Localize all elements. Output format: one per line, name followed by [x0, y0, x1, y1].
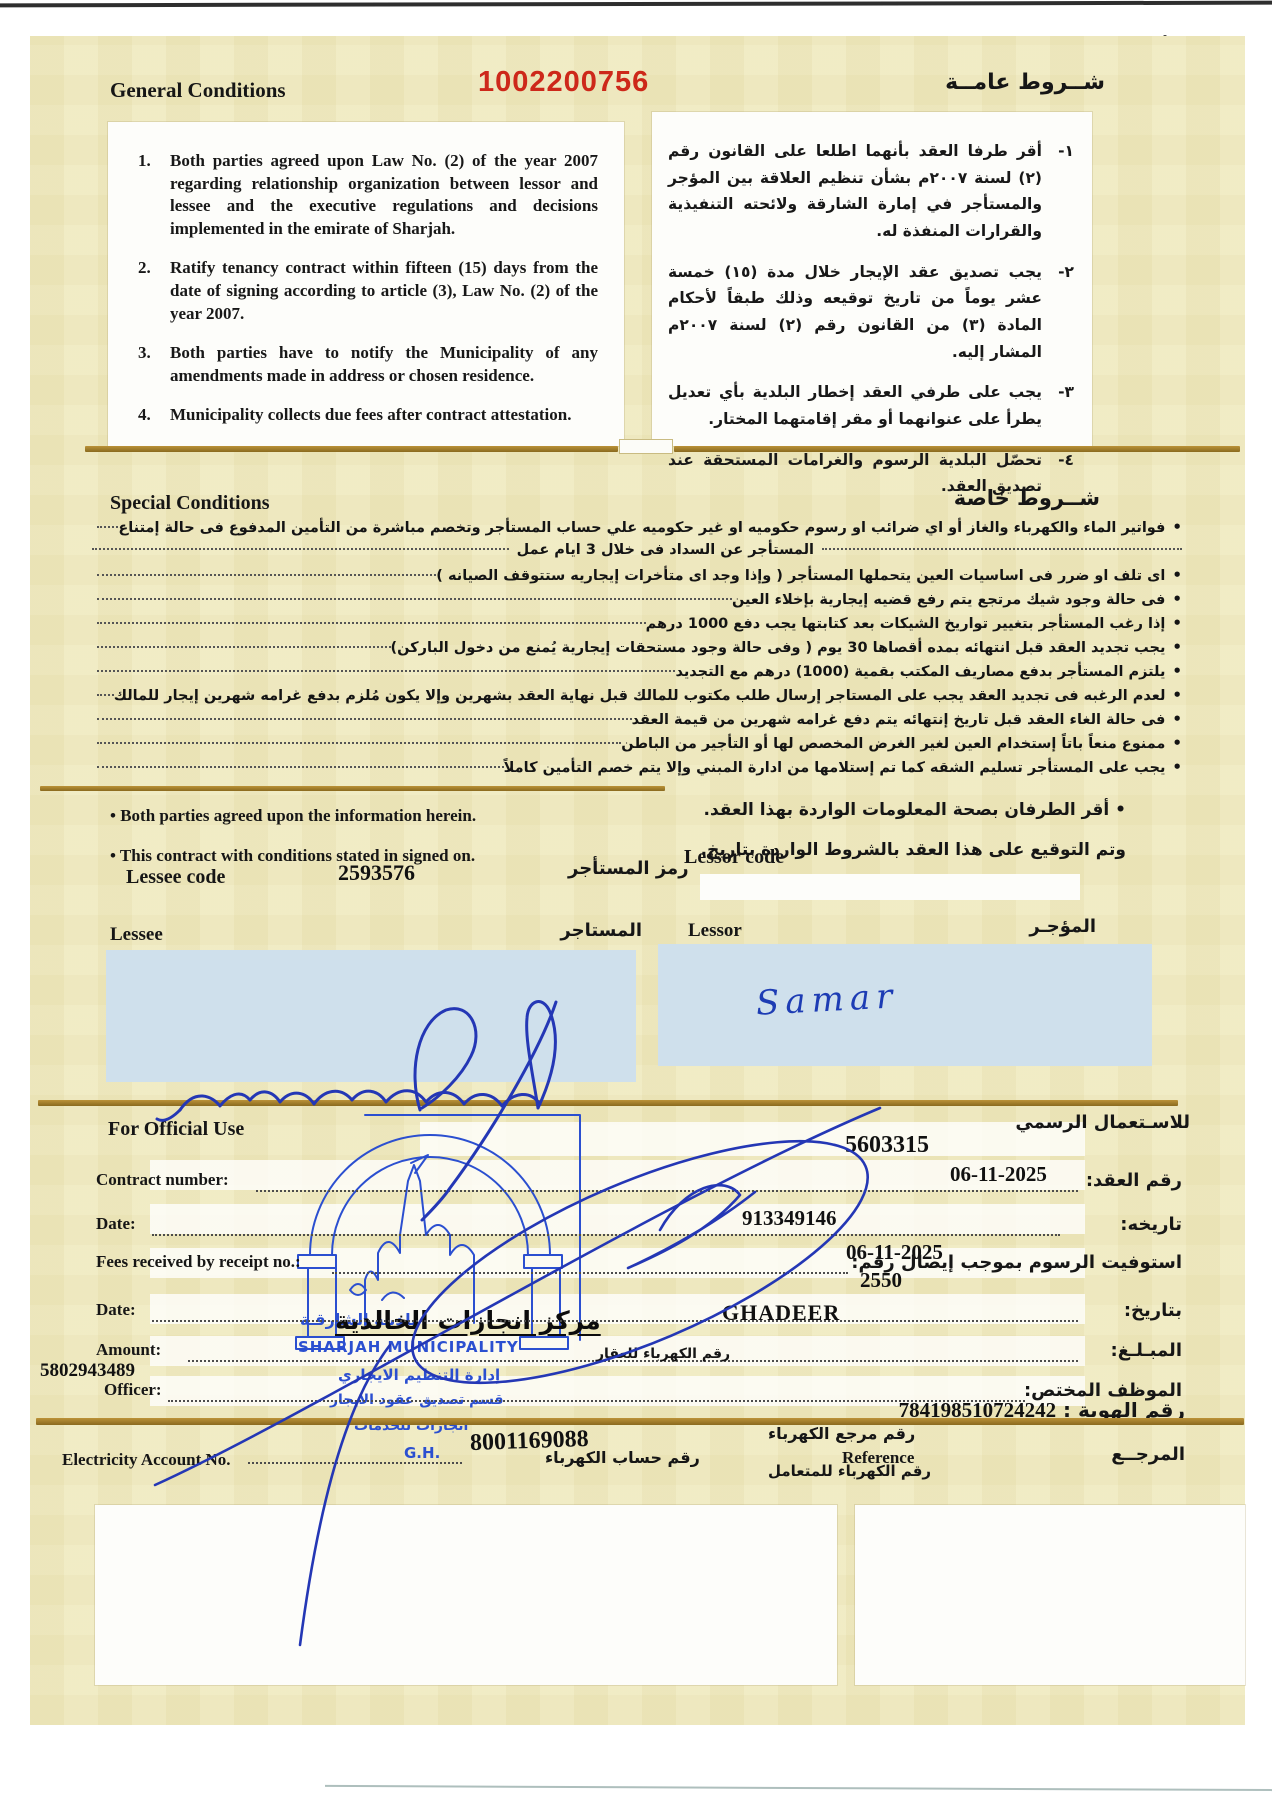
special-condition-item: • فى حالة الغاء العقد قبل تاريخ إنتهائه … [92, 710, 1182, 734]
bullet-icon: • [1172, 734, 1182, 752]
general-condition-ar: ١- أقر طرفا العقد بأنهما اطلعا على القان… [668, 138, 1074, 245]
item-text: يلتزم المستأجر بدفع مصاريف المكتب بقمية … [675, 664, 1165, 680]
item-number: 1. [138, 150, 160, 240]
item-text: المستأجر عن السداد فى خلال 3 ايام عمل [517, 542, 814, 558]
special-conditions-title-en: Special Conditions [110, 492, 269, 515]
general-conditions-title-ar: شــروط عامــة [945, 70, 1105, 95]
gold-divider [85, 446, 618, 452]
special-condition-continuation: المستأجر عن السداد فى خلال 3 ايام عمل [92, 542, 1182, 566]
special-condition-item: • يلتزم المستأجر بدفع مصاريف المكتب بقمي… [92, 662, 1182, 686]
dotted-leader [97, 766, 504, 768]
general-conditions-title-en: General Conditions [110, 78, 286, 103]
special-conditions-list: • فواتير الماء والكهرباء والغاز أو اي ضر… [92, 518, 1182, 782]
contract-number-label-ar: رقم العقد: [1086, 1170, 1182, 1191]
bullet-icon: • [1172, 710, 1182, 728]
gold-divider [674, 446, 1240, 452]
item-number: 4. [138, 404, 160, 427]
officer-code-value: 5802943489 [40, 1360, 135, 1382]
agreement-statement-en-2: This contract with conditions stated in … [110, 846, 475, 866]
general-condition-en: 3. Both parties have to notify the Munic… [138, 342, 598, 387]
general-condition-en: 2. Ratify tenancy contract within fiftee… [138, 257, 598, 325]
item-text: ممنوع منعاً باتاً إستخدام العين لغير الغ… [621, 736, 1165, 752]
lessee-code-value: 2593576 [338, 860, 415, 886]
special-condition-item: • فواتير الماء والكهرباء والغاز أو اي ضر… [92, 518, 1182, 542]
item-text: لعدم الرغبه فى تجديد العقد يجب على المست… [114, 688, 1166, 704]
item-number: 2. [138, 257, 160, 325]
bullet-icon: • [1172, 566, 1182, 584]
bullet-icon: • [1172, 686, 1182, 704]
general-conditions-box-en: 1. Both parties agreed upon Law No. (2) … [108, 122, 624, 446]
item-text: فى حالة وجود شيك مرتجع يتم رفع قضيه إيجا… [732, 592, 1165, 608]
scanned-tenancy-contract-page: General Conditions 1002200756 شــروط عام… [0, 0, 1272, 1798]
bullet-icon: • [1172, 662, 1182, 680]
general-condition-en: 1. Both parties agreed upon Law No. (2) … [138, 150, 598, 240]
dotted-leader [97, 670, 675, 672]
agreement-statement-ar-1: أقر الطرفان بصحة المعلومات الواردة بهذا … [703, 800, 1126, 820]
scan-edge-line-bottom [325, 1785, 1272, 1791]
special-condition-item: • يجب على المستأجر تسليم الشقه كما تم إس… [92, 758, 1182, 782]
special-condition-item: • إذا رغب المستأجر بتغيير تواريخ الشيكات… [92, 614, 1182, 638]
lessor-code-blank-strip [700, 874, 1080, 900]
item-text: يجب على المستأجر تسليم الشقه كما تم إستل… [504, 760, 1166, 776]
lessor-signature-handwriting: Samar [755, 976, 899, 1023]
contract-reference-number: 1002200756 [478, 66, 649, 99]
contract-date-value: 06-11-2025 [950, 1162, 1047, 1187]
dotted-leader [92, 548, 509, 550]
bullet-icon: • [1172, 590, 1182, 608]
bottom-blank-box-right [855, 1505, 1245, 1685]
special-conditions-title-ar: شــروط خاصة [954, 486, 1100, 510]
lessee-code-label: Lessee code [126, 866, 225, 889]
item-text: Ratify tenancy contract within fifteen (… [170, 257, 598, 325]
general-condition-en: 4. Municipality collects due fees after … [138, 404, 598, 427]
lessee-label-en: Lessee [110, 924, 163, 946]
lessee-code-label-ar: رمز المستأجر [568, 858, 689, 879]
dotted-leader [97, 598, 732, 600]
lessor-signature-box [658, 944, 1152, 1066]
item-text: يجب تجديد العقد قبل انتهائه بمده أقصاها … [391, 640, 1166, 656]
date-label-en-2: Date: [96, 1300, 136, 1320]
special-condition-item: • ممنوع منعاً باتاً إستخدام العين لغير ا… [92, 734, 1182, 758]
dotted-leader [97, 718, 632, 720]
item-text: اى تلف او ضرر فى اساسيات العين يتحملها ا… [436, 568, 1165, 584]
agreement-statement-en-1: Both parties agreed upon the information… [110, 806, 476, 826]
item-text: Municipality collects due fees after con… [170, 404, 571, 427]
item-number: ١- [1050, 138, 1074, 245]
bullet-icon: • [1172, 518, 1182, 536]
item-text: Both parties have to notify the Municipa… [170, 342, 598, 387]
for-official-use-title-ar: للاسـتعمال الرسمي [1015, 1112, 1190, 1133]
bullet-icon: • [1172, 614, 1182, 632]
date-label-ar-1: تاريخه: [1120, 1214, 1182, 1235]
general-condition-ar: ٣- يجب على طرفي العقد إخطار البلدية بأي … [668, 379, 1074, 432]
special-condition-item: • اى تلف او ضرر فى اساسيات العين يتحملها… [92, 566, 1182, 590]
special-condition-item: • فى حالة وجود شيك مرتجع يتم رفع قضيه إي… [92, 590, 1182, 614]
dotted-leader [97, 646, 391, 648]
lessor-code-label: Lessor code [684, 846, 784, 869]
item-text: فى حالة الغاء العقد قبل تاريخ إنتهائه يت… [632, 712, 1166, 728]
item-text: يجب على طرفي العقد إخطار البلدية بأي تعد… [668, 379, 1042, 432]
dotted-leader [97, 742, 621, 744]
special-condition-item: • لعدم الرغبه فى تجديد العقد يجب على الم… [92, 686, 1182, 710]
dotted-leader [97, 526, 118, 528]
item-text: Both parties agreed upon Law No. (2) of … [170, 150, 598, 240]
item-text: يجب تصديق عقد الإيجار خلال مدة (١٥) خمسة… [668, 259, 1042, 366]
lessor-label-en: Lessor [688, 920, 742, 942]
dotted-leader [97, 574, 436, 576]
item-number: 3. [138, 342, 160, 387]
bullet-icon: • [1172, 758, 1182, 776]
scan-edge-line-top [0, 1, 1272, 8]
amount-label-ar: المبـلـغ: [1111, 1340, 1183, 1361]
lessor-label-ar: المؤجـر [1029, 916, 1096, 937]
divider-label-chip [620, 440, 672, 453]
item-number: ٣- [1050, 379, 1074, 432]
bullet-icon: • [1172, 638, 1182, 656]
dotted-leader [97, 622, 646, 624]
dotted-leader [822, 548, 1182, 550]
gold-divider [40, 786, 665, 791]
reference-title-ar: المرجــع [1111, 1444, 1185, 1465]
special-condition-item: • يجب تجديد العقد قبل انتهائه بمده أقصاه… [92, 638, 1182, 662]
lessee-label-ar: المستاجر [560, 920, 642, 941]
item-text: أقر طرفا العقد بأنهما اطلعا على القانون … [668, 138, 1042, 245]
general-conditions-box-ar: ١- أقر طرفا العقد بأنهما اطلعا على القان… [652, 112, 1092, 446]
date-label-ar-2: بتاريخ: [1124, 1300, 1182, 1321]
item-text: فواتير الماء والكهرباء والغاز أو اي ضرائ… [118, 520, 1165, 536]
item-number: ٢- [1050, 259, 1074, 366]
general-condition-ar: ٢- يجب تصديق عقد الإيجار خلال مدة (١٥) خ… [668, 259, 1074, 366]
officer-oval-signature [140, 1080, 900, 1700]
dotted-leader [97, 694, 114, 696]
item-text: إذا رغب المستأجر بتغيير تواريخ الشيكات ب… [646, 616, 1166, 632]
